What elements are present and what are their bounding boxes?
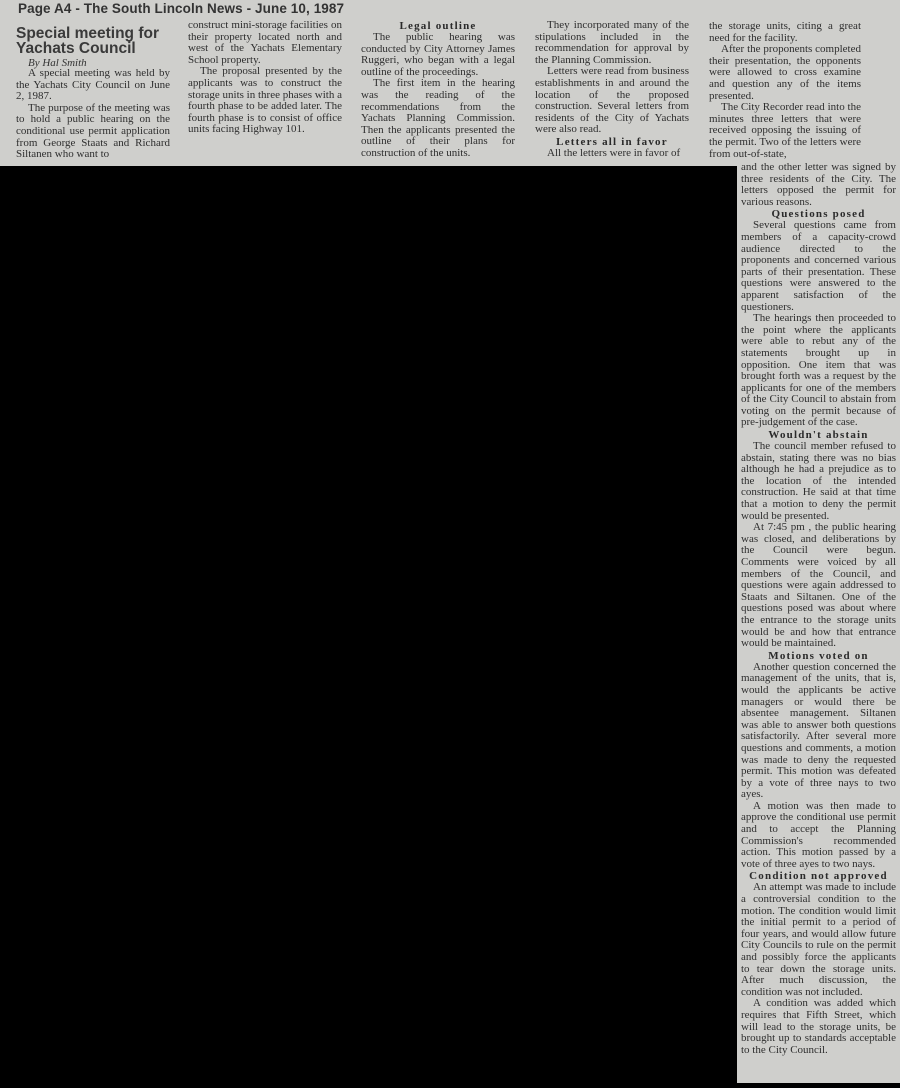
paragraph: After the proponents completed their pre… — [709, 44, 861, 102]
paragraph: A motion was then made to approve the co… — [741, 801, 896, 871]
article-headline: Special meeting for Yachats Council — [16, 26, 176, 56]
paragraph: The first item in the hearing was the re… — [361, 78, 515, 159]
scan-edge — [737, 1083, 900, 1088]
paragraph: They incorporated many of the stipulatio… — [535, 20, 689, 66]
article-column-1: A special meeting was held by the Yachat… — [16, 68, 170, 161]
paragraph: At 7:45 pm , the public hearing was clos… — [741, 522, 896, 650]
paragraph: the storage units, citing a great need f… — [709, 21, 861, 44]
paragraph: A special meeting was held by the Yachat… — [16, 68, 170, 103]
paragraph: The City Recorder read into the minutes … — [709, 102, 861, 160]
article-column-2: construct mini-storage facilities on the… — [188, 20, 342, 136]
article-column-4: They incorporated many of the stipulatio… — [535, 20, 689, 160]
article-column-3: Legal outline The public hearing was con… — [361, 20, 515, 160]
paragraph: The public hearing was conducted by City… — [361, 32, 515, 78]
paragraph: All the letters were in favor of — [535, 148, 689, 160]
page-masthead: Page A4 - The South Lincoln News - June … — [18, 1, 344, 16]
paragraph: Letters were read from business establis… — [535, 66, 689, 136]
paragraph: The council member refused to abstain, s… — [741, 441, 896, 522]
paragraph: A condition was added which requires tha… — [741, 998, 896, 1056]
paragraph: The hearings then proceeded to the point… — [741, 313, 896, 429]
article-column-6: and the other letter was signed by three… — [741, 162, 896, 1056]
paragraph: The purpose of the meeting was to hold a… — [16, 103, 170, 161]
paragraph: An attempt was made to include a controv… — [741, 882, 896, 998]
article-column-5: the storage units, citing a great need f… — [709, 21, 861, 160]
paragraph: The proposal presented by the applicants… — [188, 66, 342, 136]
paragraph: Another question concerned the managemen… — [741, 662, 896, 801]
paragraph: Several questions came from members of a… — [741, 220, 896, 313]
paragraph: and the other letter was signed by three… — [741, 162, 896, 208]
subheading: Motions voted on — [741, 650, 896, 662]
paragraph: construct mini-storage facilities on the… — [188, 20, 342, 66]
